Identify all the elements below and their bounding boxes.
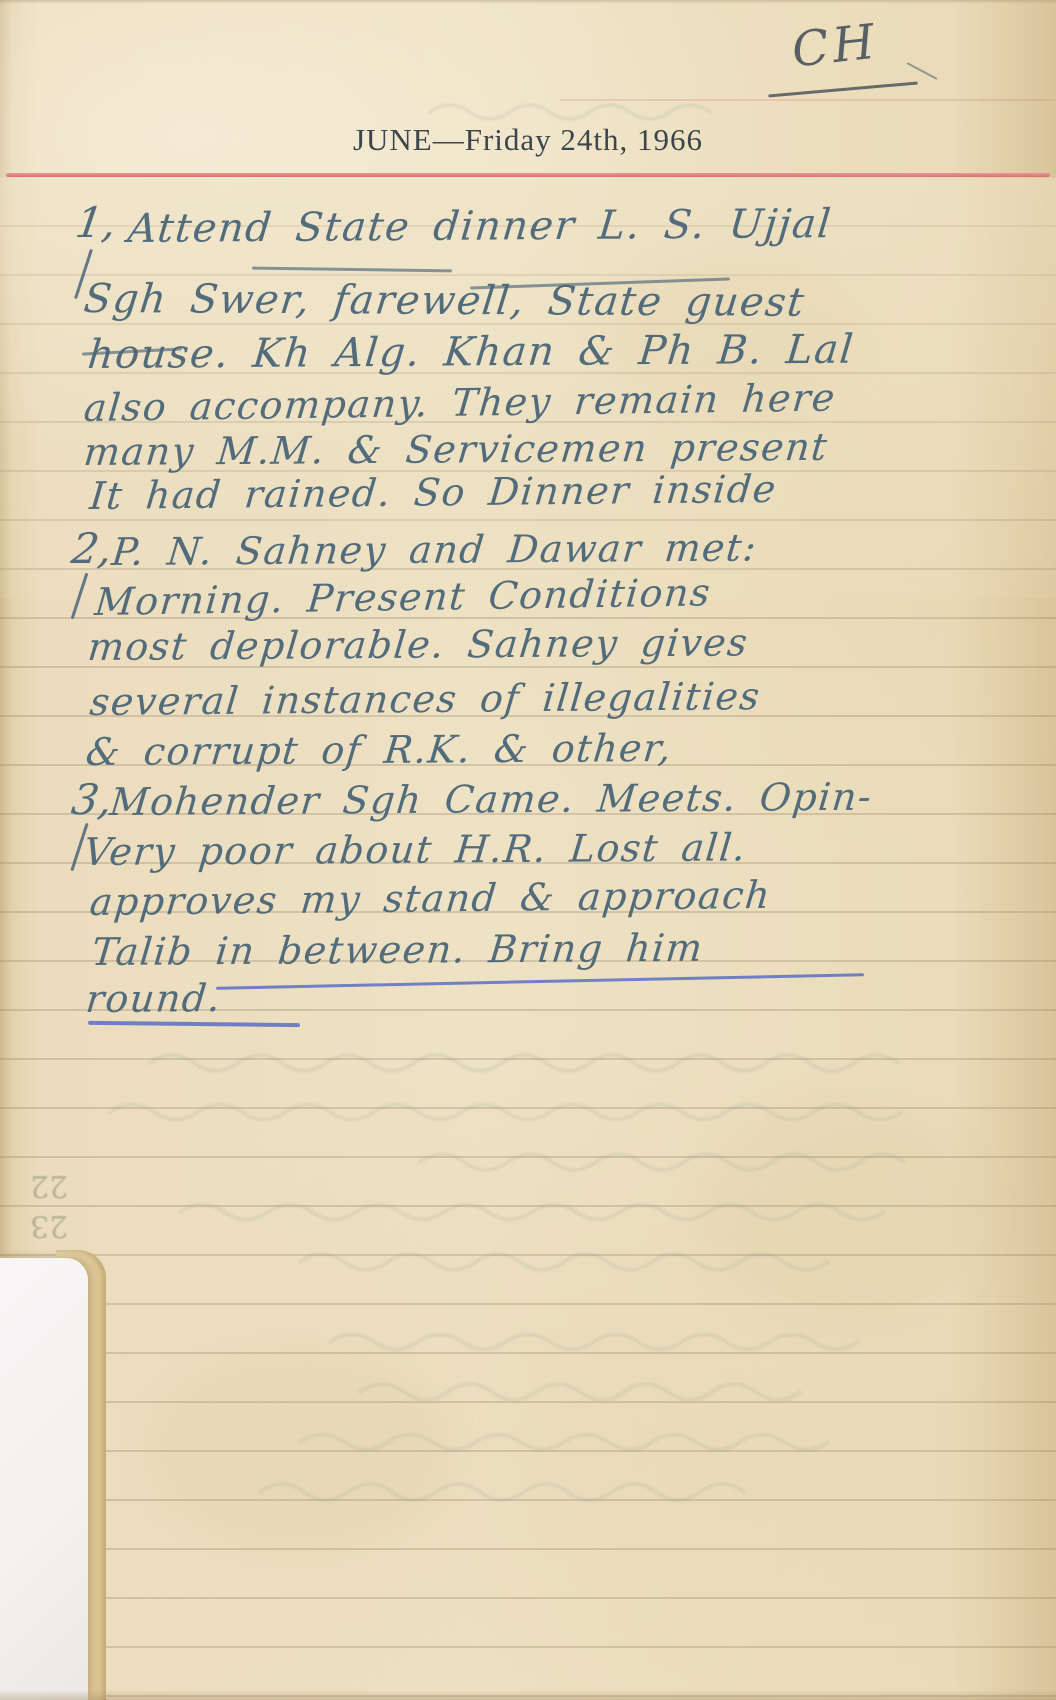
ghost-page-number: 22: [30, 1168, 68, 1203]
inserted-sheet-corner: [0, 1258, 88, 1700]
ghost-page-number: 23: [30, 1208, 68, 1243]
diary-page: JUNE—Friday 24th, 1966 CH 1, 2, 3, Atten…: [0, 0, 1056, 1700]
page-bottom-edge: [0, 1690, 1056, 1700]
page-top-edge: [0, 0, 1056, 4]
ghost-writing: [0, 0, 1056, 1700]
